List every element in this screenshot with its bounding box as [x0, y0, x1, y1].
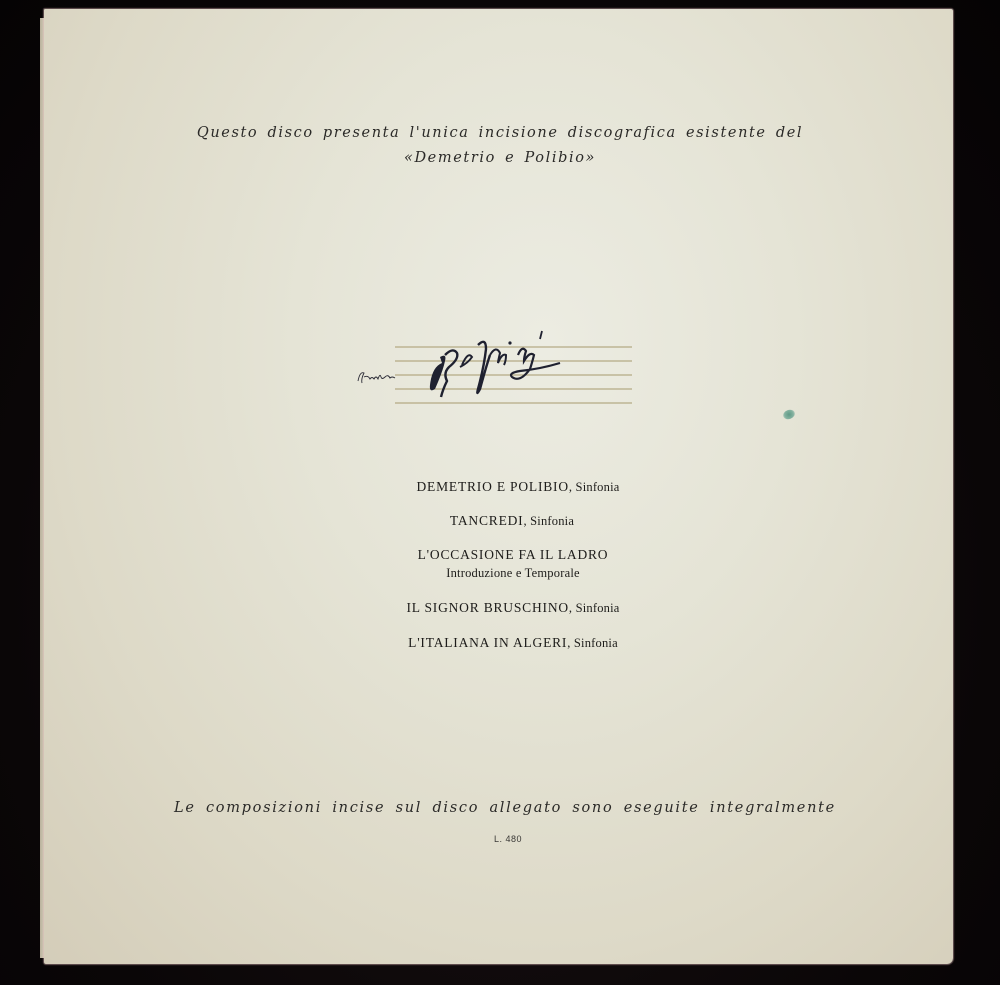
track-title: L'OCCASIONE FA IL LADRO — [418, 547, 609, 562]
track-form: , Sinfonia — [567, 636, 618, 650]
intro-text: Questo disco presenta l'unica incisione … — [0, 121, 1000, 171]
track-item: L'OCCASIONE FA IL LADRO Introduzione e T… — [260, 546, 760, 582]
intro-line-1: Questo disco presenta l'unica incisione … — [0, 121, 1000, 146]
price-label: L. 480 — [0, 834, 1000, 844]
track-form: , Sinfonia — [569, 601, 620, 615]
track-title: DEMETRIO E POLIBIO — [417, 479, 569, 494]
rossini-signature — [350, 325, 640, 405]
track-title: IL SIGNOR BRUSCHINO — [406, 600, 568, 615]
track-subtitle: Introduzione e Temporale — [266, 564, 760, 582]
track-title: TANCREDI — [450, 513, 524, 528]
track-item: IL SIGNOR BRUSCHINO, Sinfonia — [260, 599, 760, 617]
track-item: TANCREDI, Sinfonia — [260, 512, 760, 530]
track-form: , Sinfonia — [569, 480, 620, 494]
track-item: L'ITALIANA IN ALGERI, Sinfonia — [260, 634, 760, 652]
footer-note: Le composizioni incise sul disco allegat… — [0, 800, 1000, 816]
intro-line-2: «Demetrio e Polibio» — [0, 146, 1000, 171]
signature-icon — [350, 325, 640, 405]
track-form: , Sinfonia — [523, 514, 574, 528]
track-item: DEMETRIO E POLIBIO, Sinfonia — [260, 478, 760, 496]
track-title: L'ITALIANA IN ALGERI — [408, 635, 567, 650]
